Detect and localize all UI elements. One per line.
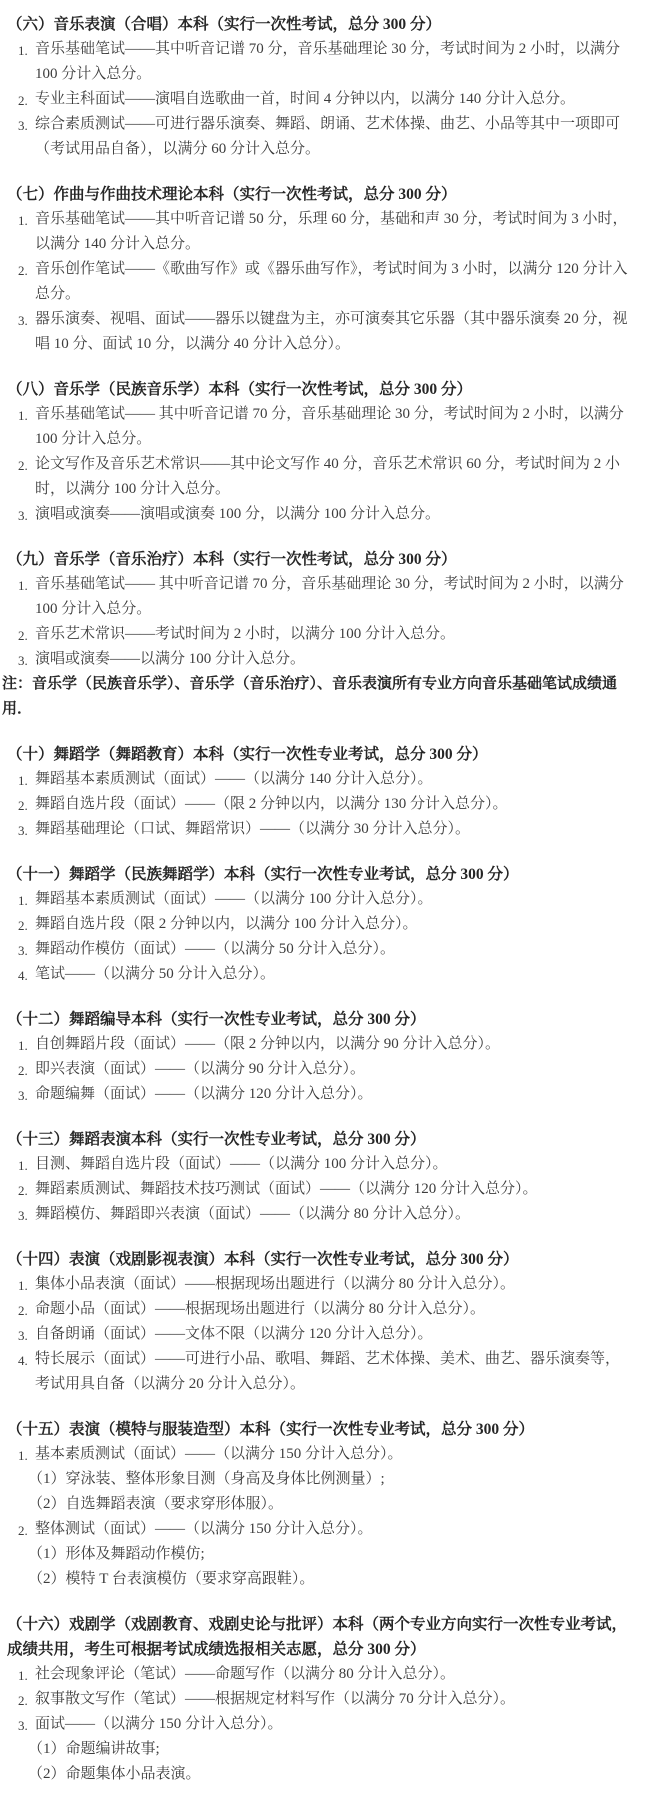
section-heading: （十六）戏剧学（戏剧教育、戏剧史论与批评）本科（两个专业方向实行一次性专业考试，…: [2, 1612, 632, 1662]
exam-item: 2.音乐创作笔试——《歌曲写作》或《器乐曲写作》，考试时间为 3 小时，以满分 …: [2, 257, 632, 307]
item-number: 1.: [18, 1153, 28, 1178]
exam-section: （十）舞蹈学（舞蹈教育）本科（实行一次性专业考试，总分 300 分）1.舞蹈基本…: [2, 742, 632, 842]
item-text: 叙事散文写作（笔试）——根据规定材料写作（以满分 70 分计入总分）。: [35, 1691, 515, 1707]
item-text: 音乐基础笔试—— 其中听音记谱 70 分，音乐基础理论 30 分，考试时间为 2…: [35, 406, 624, 447]
item-text: 舞蹈模仿、舞蹈即兴表演（面试）——（以满分 80 分计入总分）。: [35, 1206, 470, 1222]
section-heading: （十）舞蹈学（舞蹈教育）本科（实行一次性专业考试，总分 300 分）: [2, 742, 632, 767]
item-number: 1.: [18, 768, 28, 793]
item-text: 舞蹈基础理论（口试、舞蹈常识）——（以满分 30 分计入总分）。: [35, 821, 470, 837]
exam-item: 3.自备朗诵（面试）——文体不限（以满分 120 分计入总分）。: [2, 1322, 632, 1347]
item-number: 2.: [18, 258, 28, 283]
item-number: 3.: [18, 113, 28, 138]
exam-item: 1.目测、舞蹈自选片段（面试）——（以满分 100 分计入总分）。: [2, 1152, 632, 1177]
item-text: 自备朗诵（面试）——文体不限（以满分 120 分计入总分）。: [35, 1326, 433, 1342]
section-heading: （七）作曲与作曲技术理论本科（实行一次性考试，总分 300 分）: [2, 182, 632, 207]
exam-item: 2.论文写作及音乐艺术常识——其中论文写作 40 分，音乐艺术常识 60 分，考…: [2, 452, 632, 502]
exam-item: 2.舞蹈自选片段（面试）——（限 2 分钟以内，以满分 130 分计入总分）。: [2, 792, 632, 817]
exam-item: 2.舞蹈素质测试、舞蹈技术技巧测试（面试）——（以满分 120 分计入总分）。: [2, 1177, 632, 1202]
exam-item: 3.面试——（以满分 150 分计入总分）。: [2, 1712, 632, 1737]
exam-section: （十一）舞蹈学（民族舞蹈学）本科（实行一次性专业考试，总分 300 分）1.舞蹈…: [2, 862, 632, 987]
sub-item: （1）形体及舞蹈动作模仿;: [2, 1542, 632, 1567]
item-text: 专业主科面试——演唱自选歌曲一首，时间 4 分钟以内，以满分 140 分计入总分…: [35, 91, 575, 107]
item-text: 目测、舞蹈自选片段（面试）——（以满分 100 分计入总分）。: [35, 1156, 448, 1172]
item-text: 基本素质测试（面试）——（以满分 150 分计入总分）。: [35, 1446, 403, 1462]
item-number: 1.: [18, 38, 28, 63]
exam-item: 3.命题编舞（面试）——（以满分 120 分计入总分）。: [2, 1082, 632, 1107]
item-text: 音乐基础笔试——其中听音记谱 50 分，乐理 60 分，基础和声 30 分，考试…: [35, 211, 628, 252]
exam-item: 1.音乐基础笔试——其中听音记谱 50 分，乐理 60 分，基础和声 30 分，…: [2, 207, 632, 257]
exam-section: （十二）舞蹈编导本科（实行一次性专业考试，总分 300 分）1.自创舞蹈片段（面…: [2, 1007, 632, 1107]
exam-section: （六）音乐表演（合唱）本科（实行一次性考试，总分 300 分）1.音乐基础笔试—…: [2, 12, 632, 162]
exam-section: （七）作曲与作曲技术理论本科（实行一次性考试，总分 300 分）1.音乐基础笔试…: [2, 182, 632, 357]
item-number: 3.: [18, 1713, 28, 1738]
item-text: 命题编舞（面试）——（以满分 120 分计入总分）。: [35, 1086, 373, 1102]
exam-item: 2.即兴表演（面试）——（以满分 90 分计入总分）。: [2, 1057, 632, 1082]
item-number: 1.: [18, 888, 28, 913]
item-number: 3.: [18, 1323, 28, 1348]
exam-item: 3.舞蹈动作模仿（面试）——（以满分 50 分计入总分）。: [2, 937, 632, 962]
exam-item: 2.整体测试（面试）——（以满分 150 分计入总分）。: [2, 1517, 632, 1542]
exam-item: 4.笔试——（以满分 50 分计入总分）。: [2, 962, 632, 987]
item-text: 演唱或演奏——演唱或演奏 100 分，以满分 100 分计入总分。: [35, 506, 440, 522]
item-text: 整体测试（面试）——（以满分 150 分计入总分）。: [35, 1521, 373, 1537]
exam-item: 1.自创舞蹈片段（面试）——（限 2 分钟以内，以满分 90 分计入总分）。: [2, 1032, 632, 1057]
item-text: 舞蹈素质测试、舞蹈技术技巧测试（面试）——（以满分 120 分计入总分）。: [35, 1181, 538, 1197]
item-text: 笔试——（以满分 50 分计入总分）。: [35, 966, 275, 982]
item-number: 1.: [18, 1273, 28, 1298]
item-text: 舞蹈动作模仿（面试）——（以满分 50 分计入总分）。: [35, 941, 395, 957]
exam-section: （十三）舞蹈表演本科（实行一次性专业考试，总分 300 分）1.目测、舞蹈自选片…: [2, 1127, 632, 1227]
item-text: 集体小品表演（面试）——根据现场出题进行（以满分 80 分计入总分）。: [35, 1276, 515, 1292]
item-number: 3.: [18, 938, 28, 963]
item-number: 4.: [18, 963, 28, 988]
item-text: 综合素质测试——可进行器乐演奏、舞蹈、朗诵、艺术体操、曲艺、小品等其中一项即可（…: [35, 116, 620, 157]
exam-item: 3.演唱或演奏——以满分 100 分计入总分。: [2, 647, 632, 672]
item-number: 1.: [18, 208, 28, 233]
section-heading: （八）音乐学（民族音乐学）本科（实行一次性考试，总分 300 分）: [2, 377, 632, 402]
exam-item: 2.命题小品（面试）——根据现场出题进行（以满分 80 分计入总分）。: [2, 1297, 632, 1322]
item-text: 面试——（以满分 150 分计入总分）。: [35, 1716, 283, 1732]
exam-item: 1.音乐基础笔试—— 其中听音记谱 70 分，音乐基础理论 30 分，考试时间为…: [2, 402, 632, 452]
sub-item: （2）命题集体小品表演。: [2, 1762, 632, 1787]
item-number: 2.: [18, 88, 28, 113]
item-number: 3.: [18, 818, 28, 843]
item-text: 自创舞蹈片段（面试）——（限 2 分钟以内，以满分 90 分计入总分）。: [35, 1036, 500, 1052]
item-number: 2.: [18, 453, 28, 478]
item-text: 音乐基础笔试—— 其中听音记谱 70 分，音乐基础理论 30 分，考试时间为 2…: [35, 576, 624, 617]
item-text: 舞蹈自选片段（限 2 分钟以内，以满分 100 分计入总分）。: [35, 916, 418, 932]
exam-item: 3.器乐演奏、视唱、面试——器乐以键盘为主，亦可演奏其它乐器（其中器乐演奏 20…: [2, 307, 632, 357]
section-heading: （十一）舞蹈学（民族舞蹈学）本科（实行一次性专业考试，总分 300 分）: [2, 862, 632, 887]
exam-section: （九）音乐学（音乐治疗）本科（实行一次性考试，总分 300 分）1.音乐基础笔试…: [2, 547, 632, 722]
section-heading: （六）音乐表演（合唱）本科（实行一次性考试，总分 300 分）: [2, 12, 632, 37]
item-number: 3.: [18, 1203, 28, 1228]
exam-item: 1.集体小品表演（面试）——根据现场出题进行（以满分 80 分计入总分）。: [2, 1272, 632, 1297]
item-number: 1.: [18, 1443, 28, 1468]
exam-section: （十六）戏剧学（戏剧教育、戏剧史论与批评）本科（两个专业方向实行一次性专业考试，…: [2, 1612, 632, 1787]
exam-item: 1.舞蹈基本素质测试（面试）——（以满分 100 分计入总分）。: [2, 887, 632, 912]
item-number: 3.: [18, 648, 28, 673]
exam-item: 4.特长展示（面试）——可进行小品、歌唱、舞蹈、艺术体操、美术、曲艺、器乐演奏等…: [2, 1347, 632, 1397]
item-number: 1.: [18, 1033, 28, 1058]
exam-section: （八）音乐学（民族音乐学）本科（实行一次性考试，总分 300 分）1.音乐基础笔…: [2, 377, 632, 527]
exam-item: 1.音乐基础笔试——其中听音记谱 70 分，音乐基础理论 30 分，考试时间为 …: [2, 37, 632, 87]
item-text: 舞蹈基本素质测试（面试）——（以满分 100 分计入总分）。: [35, 891, 433, 907]
exam-section: （十四）表演（戏剧影视表演）本科（实行一次性专业考试，总分 300 分）1.集体…: [2, 1247, 632, 1397]
item-text: 即兴表演（面试）——（以满分 90 分计入总分）。: [35, 1061, 365, 1077]
sub-item: （2）模特 T 台表演模仿（要求穿高跟鞋）。: [2, 1567, 632, 1592]
exam-item: 3.舞蹈基础理论（口试、舞蹈常识）——（以满分 30 分计入总分）。: [2, 817, 632, 842]
item-text: 社会现象评论（笔试）——命题写作（以满分 80 分计入总分）。: [35, 1666, 455, 1682]
item-text: 器乐演奏、视唱、面试——器乐以键盘为主，亦可演奏其它乐器（其中器乐演奏 20 分…: [35, 311, 628, 352]
item-number: 1.: [18, 403, 28, 428]
exam-item: 1.舞蹈基本素质测试（面试）——（以满分 140 分计入总分）。: [2, 767, 632, 792]
section-heading: （十五）表演（模特与服装造型）本科（实行一次性专业考试，总分 300 分）: [2, 1417, 632, 1442]
item-number: 4.: [18, 1348, 28, 1373]
exam-item: 2.叙事散文写作（笔试）——根据规定材料写作（以满分 70 分计入总分）。: [2, 1687, 632, 1712]
section-note: 注：音乐学（民族音乐学）、音乐学（音乐治疗）、音乐表演所有专业方向音乐基础笔试成…: [2, 672, 632, 722]
exam-item: 2.舞蹈自选片段（限 2 分钟以内，以满分 100 分计入总分）。: [2, 912, 632, 937]
section-heading: （十三）舞蹈表演本科（实行一次性专业考试，总分 300 分）: [2, 1127, 632, 1152]
exam-section: （十五）表演（模特与服装造型）本科（实行一次性专业考试，总分 300 分）1.基…: [2, 1417, 632, 1592]
item-text: 音乐基础笔试——其中听音记谱 70 分，音乐基础理论 30 分，考试时间为 2 …: [35, 41, 620, 82]
item-number: 2.: [18, 1298, 28, 1323]
item-number: 3.: [18, 1083, 28, 1108]
exam-item: 3.综合素质测试——可进行器乐演奏、舞蹈、朗诵、艺术体操、曲艺、小品等其中一项即…: [2, 112, 632, 162]
sub-item: （1）穿泳装、整体形象目测（身高及身体比例测量）;: [2, 1467, 632, 1492]
item-number: 2.: [18, 1518, 28, 1543]
exam-item: 3.舞蹈模仿、舞蹈即兴表演（面试）——（以满分 80 分计入总分）。: [2, 1202, 632, 1227]
item-number: 2.: [18, 623, 28, 648]
item-number: 3.: [18, 503, 28, 528]
item-text: 演唱或演奏——以满分 100 分计入总分。: [35, 651, 305, 667]
exam-item: 1.社会现象评论（笔试）——命题写作（以满分 80 分计入总分）。: [2, 1662, 632, 1687]
document-page: （六）音乐表演（合唱）本科（实行一次性考试，总分 300 分）1.音乐基础笔试—…: [0, 0, 647, 1793]
item-text: 特长展示（面试）——可进行小品、歌唱、舞蹈、艺术体操、美术、曲艺、器乐演奏等，考…: [35, 1351, 620, 1392]
item-number: 2.: [18, 1178, 28, 1203]
item-text: 音乐艺术常识——考试时间为 2 小时，以满分 100 分计入总分。: [35, 626, 455, 642]
item-number: 2.: [18, 913, 28, 938]
section-heading: （九）音乐学（音乐治疗）本科（实行一次性考试，总分 300 分）: [2, 547, 632, 572]
item-text: 舞蹈基本素质测试（面试）——（以满分 140 分计入总分）。: [35, 771, 433, 787]
exam-item: 3.演唱或演奏——演唱或演奏 100 分，以满分 100 分计入总分。: [2, 502, 632, 527]
exam-item: 2.音乐艺术常识——考试时间为 2 小时，以满分 100 分计入总分。: [2, 622, 632, 647]
exam-item: 1.音乐基础笔试—— 其中听音记谱 70 分，音乐基础理论 30 分，考试时间为…: [2, 572, 632, 622]
item-number: 1.: [18, 573, 28, 598]
exam-item: 1.基本素质测试（面试）——（以满分 150 分计入总分）。: [2, 1442, 632, 1467]
exam-item: 2.专业主科面试——演唱自选歌曲一首，时间 4 分钟以内，以满分 140 分计入…: [2, 87, 632, 112]
item-text: 舞蹈自选片段（面试）——（限 2 分钟以内，以满分 130 分计入总分）。: [35, 796, 508, 812]
item-number: 2.: [18, 793, 28, 818]
section-heading: （十四）表演（戏剧影视表演）本科（实行一次性专业考试，总分 300 分）: [2, 1247, 632, 1272]
sub-item: （1）命题编讲故事;: [2, 1737, 632, 1762]
item-number: 2.: [18, 1688, 28, 1713]
item-text: 命题小品（面试）——根据现场出题进行（以满分 80 分计入总分）。: [35, 1301, 485, 1317]
item-number: 3.: [18, 308, 28, 333]
section-heading: （十二）舞蹈编导本科（实行一次性专业考试，总分 300 分）: [2, 1007, 632, 1032]
item-text: 论文写作及音乐艺术常识——其中论文写作 40 分，音乐艺术常识 60 分，考试时…: [35, 456, 620, 497]
sub-item: （2）自选舞蹈表演（要求穿形体服）。: [2, 1492, 632, 1517]
item-number: 1.: [18, 1663, 28, 1688]
item-text: 音乐创作笔试——《歌曲写作》或《器乐曲写作》，考试时间为 3 小时，以满分 12…: [35, 261, 628, 302]
document-body: （六）音乐表演（合唱）本科（实行一次性考试，总分 300 分）1.音乐基础笔试—…: [2, 12, 632, 1787]
item-number: 2.: [18, 1058, 28, 1083]
